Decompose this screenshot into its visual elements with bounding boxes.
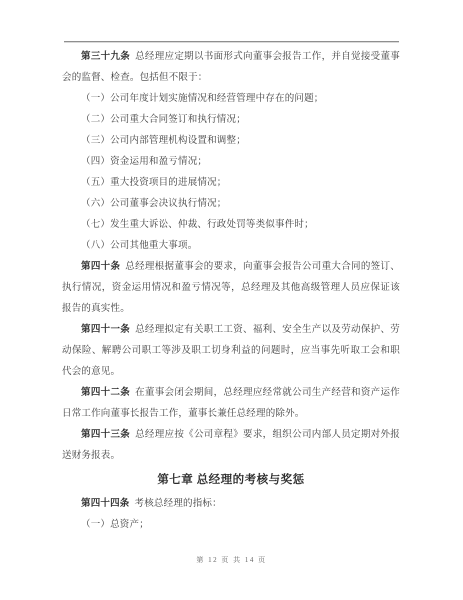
chapter-7-heading: 第七章 总经理的考核与奖惩 [62, 468, 400, 493]
article-44-text: 考核总经理的指标： [135, 499, 222, 509]
article-39-item-7: （七）发生重大诉讼、仲裁、行政处罚等类似事件时； [62, 215, 400, 236]
article-39-item-5: （五）重大投资项目的进展情况； [62, 173, 400, 194]
article-42-paragraph: 第四十二条在董事会闭会期间，总经理应经常就公司生产经营和资产运作日常工作向董事长… [62, 383, 400, 425]
article-44-item-1: （一）总资产； [62, 515, 400, 536]
article-41-paragraph: 第四十一条总经理拟定有关职工工资、福利、安全生产以及劳动保护、劳动保险、解聘公司… [62, 320, 400, 383]
article-39-item-1: （一）公司年度计划实施情况和经营管理中存在的问题； [62, 89, 400, 110]
article-43-number: 第四十三条 [81, 430, 135, 440]
article-40-paragraph: 第四十条总经理根据董事会的要求，向董事会报告公司重大合同的签订、执行情况，资金运… [62, 257, 400, 320]
document-page: 第三十九条总经理应定期以书面形式向董事会报告工作，并自觉接受董事会的监督、检查。… [0, 0, 463, 600]
article-40-number: 第四十条 [81, 262, 125, 272]
article-39-item-6: （六）公司董事会决议执行情况； [62, 194, 400, 215]
article-43-paragraph: 第四十三条总经理应按《公司章程》要求，组织公司内部人员定期对外报送财务报表。 [62, 425, 400, 467]
document-content: 第三十九条总经理应定期以书面形式向董事会报告工作，并自觉接受董事会的监督、检查。… [62, 47, 400, 536]
header-rule [64, 41, 399, 42]
article-44-paragraph: 第四十四条考核总经理的指标： [62, 494, 400, 515]
article-44-number: 第四十四条 [81, 499, 135, 509]
article-39-item-4: （四）资金运用和盈亏情况； [62, 152, 400, 173]
article-39-number: 第三十九条 [81, 52, 135, 62]
article-41-number: 第四十一条 [81, 325, 135, 335]
page-number-footer: 第 12 页 共 14 页 [0, 555, 463, 565]
article-39-paragraph: 第三十九条总经理应定期以书面形式向董事会报告工作，并自觉接受董事会的监督、检查。… [62, 47, 400, 89]
article-39-item-2: （二）公司重大合同签订和执行情况； [62, 110, 400, 131]
article-39-item-8: （八）公司其他重大事项。 [62, 236, 400, 257]
article-42-number: 第四十二条 [81, 388, 135, 398]
article-39-item-3: （三）公司内部管理机构设置和调整； [62, 131, 400, 152]
